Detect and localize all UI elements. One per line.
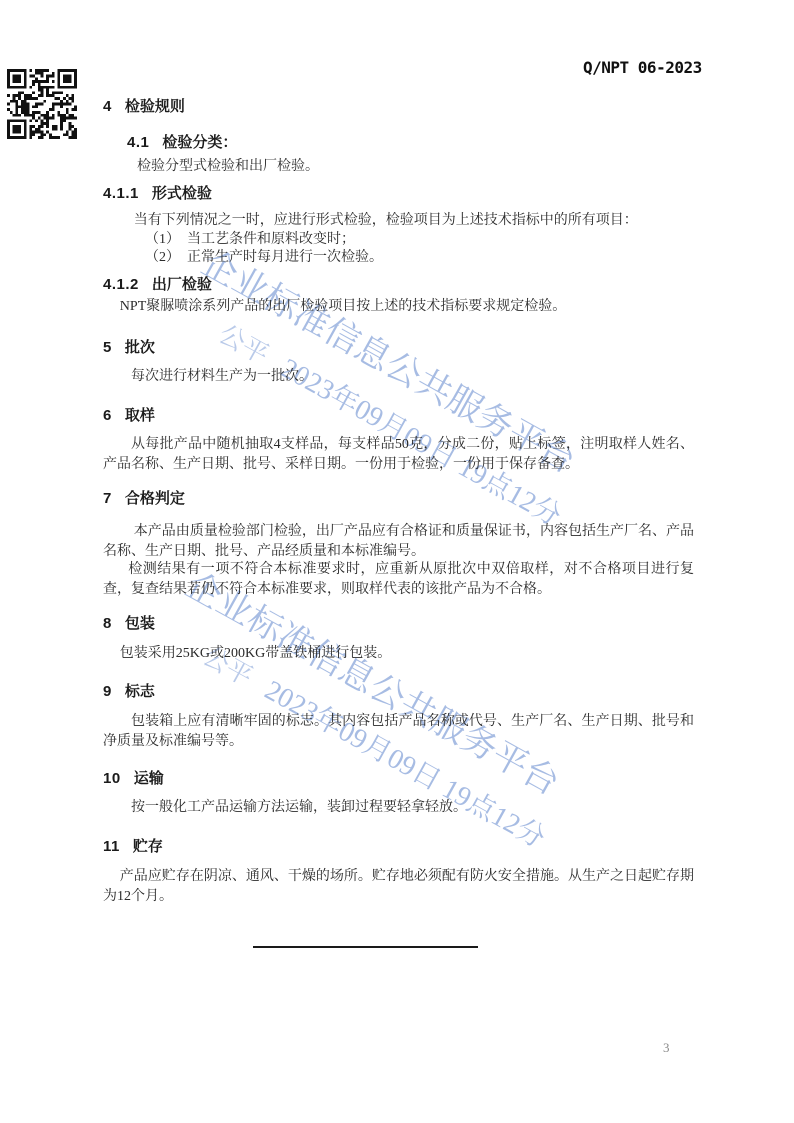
section-heading: 8包装	[103, 612, 155, 633]
paragraph: 包装箱上应有清晰牢固的标志。其内容包括产品名称或代号、生产厂名、生产日期、批号和…	[103, 712, 694, 752]
paragraph: NPT聚脲喷涂系列产品的出厂检验项目按上述的技术指标要求规定检验。	[103, 297, 694, 317]
watermark-timestamp: 2023年09月09日 19点12分	[259, 675, 550, 855]
list-item: （2） 正常生产时每月进行一次检验。	[145, 248, 383, 267]
section-heading: 7合格判定	[103, 487, 185, 508]
list-item: （1） 当工艺条件和原料改变时；	[145, 230, 355, 249]
paragraph: 检验分型式检验和出厂检验。	[137, 157, 697, 177]
watermark-fragment: 公平	[214, 319, 274, 370]
section-heading: 6取样	[103, 404, 155, 425]
paragraph: 包装采用25KG或200KG带盖铁桶进行包装。	[103, 644, 694, 664]
qr-code	[7, 69, 77, 139]
watermark-line2: 公平2023年09月09日 19点12分	[170, 288, 570, 534]
section-heading: 4检验规则	[103, 95, 185, 116]
paragraph: 本产品由质量检验部门检验，出厂产品应有合格证和质量保证书，内容包括生产厂名、产品…	[103, 522, 694, 562]
paragraph: 按一般化工产品运输方法运输，装卸过程要轻拿轻放。	[103, 798, 694, 818]
paragraph: 从每批产品中随机抽取4支样品，每支样品50克，分成二份，贴上标签，注明取样人姓名…	[103, 435, 694, 475]
section-heading: 10运输	[103, 767, 164, 788]
page-number: 3	[663, 1040, 670, 1056]
paragraph: 产品应贮存在阴凉、通风、干燥的场所。贮存地必须配有防火安全措施。从生产之日起贮存…	[103, 867, 694, 907]
document-page: 企业标准信息公共服务平台 公平2023年09月09日 19点12分 企业标准信息…	[0, 0, 794, 1123]
section-heading: 5批次	[103, 336, 155, 357]
paragraph: 当有下列情况之一时，应进行形式检验，检验项目为上述技术指标中的所有项目：	[103, 211, 694, 231]
paragraph: 检测结果有一项不符合本标准要求时，应重新从原批次中双倍取样，对不合格项目进行复查…	[103, 560, 694, 600]
section-heading: 4.1.1形式检验	[103, 182, 212, 203]
section-heading: 4.1.2出厂检验	[103, 273, 212, 294]
standard-number-header: Q/NPT 06-2023	[583, 58, 702, 77]
section-heading: 9标志	[103, 680, 155, 701]
section-heading: 4.1检验分类：	[127, 131, 237, 152]
document-end-line	[253, 946, 478, 948]
paragraph: 每次进行材料生产为一批次。	[103, 367, 694, 387]
section-heading: 11贮存	[103, 835, 163, 856]
